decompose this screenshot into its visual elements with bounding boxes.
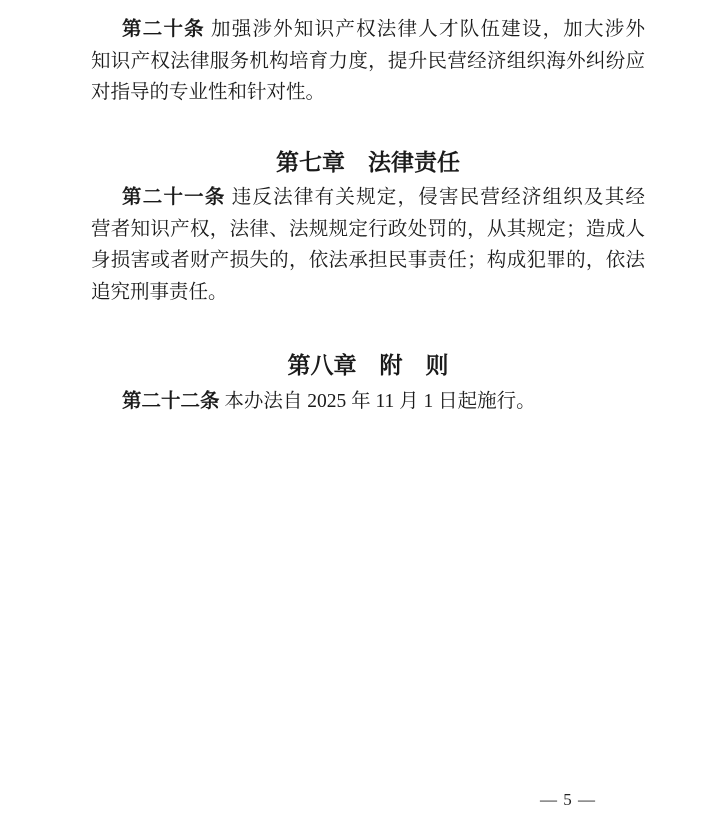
chapter-7-heading: 第七章 法律责任 (91, 147, 645, 179)
document-body: 第二十条 加强涉外知识产权法律人才队伍建设，加大涉外知识产权法律服务机构培育力度… (91, 14, 645, 417)
article-text: 本办法自 2025 年 11 月 1 日起施行。 (220, 391, 536, 412)
chapter-8-heading: 第八章 附 则 (91, 350, 645, 382)
text-line: 追究刑事责任。 (91, 277, 645, 309)
article-20: 第二十条 加强涉外知识产权法律人才队伍建设，加大涉外知识产权法律服务机构培育力度… (91, 14, 645, 109)
article-text: 加强涉外知识产权法律人才队伍建设，加大涉外 (205, 19, 645, 40)
text-line: 营者知识产权，法律、法规规定行政处罚的，从其规定；造成人 (91, 214, 645, 246)
article-text: 知识产权法律服务机构培育力度，提升民营经济组织海外纠纷应 (91, 51, 645, 72)
article-21: 第二十一条 违反法律有关规定，侵害民营经济组织及其经营者知识产权，法律、法规规定… (91, 182, 645, 308)
article-22: 第二十二条 本办法自 2025 年 11 月 1 日起施行。 (91, 386, 645, 418)
text-line: 第二十条 加强涉外知识产权法律人才队伍建设，加大涉外 (91, 14, 645, 46)
page-number: — 5 — (540, 789, 620, 811)
article-number: 第二十条 (122, 19, 205, 40)
text-line: 知识产权法律服务机构培育力度，提升民营经济组织海外纠纷应 (91, 46, 645, 78)
article-text: 对指导的专业性和针对性。 (91, 82, 325, 103)
article-text: 身损害或者财产损失的，依法承担民事责任；构成犯罪的，依法 (91, 250, 645, 271)
article-text: 追究刑事责任。 (91, 282, 228, 303)
text-line: 身损害或者财产损失的，依法承担民事责任；构成犯罪的，依法 (91, 245, 645, 277)
document-page: 第二十条 加强涉外知识产权法律人才队伍建设，加大涉外知识产权法律服务机构培育力度… (0, 0, 706, 813)
article-number: 第二十一条 (122, 187, 226, 208)
text-line: 第二十二条 本办法自 2025 年 11 月 1 日起施行。 (91, 386, 645, 418)
article-text: 营者知识产权，法律、法规规定行政处罚的，从其规定；造成人 (91, 219, 645, 240)
article-text: 违反法律有关规定，侵害民营经济组织及其经 (226, 187, 645, 208)
text-line: 第二十一条 违反法律有关规定，侵害民营经济组织及其经 (91, 182, 645, 214)
text-line: 对指导的专业性和针对性。 (91, 77, 645, 109)
article-number: 第二十二条 (122, 391, 220, 412)
